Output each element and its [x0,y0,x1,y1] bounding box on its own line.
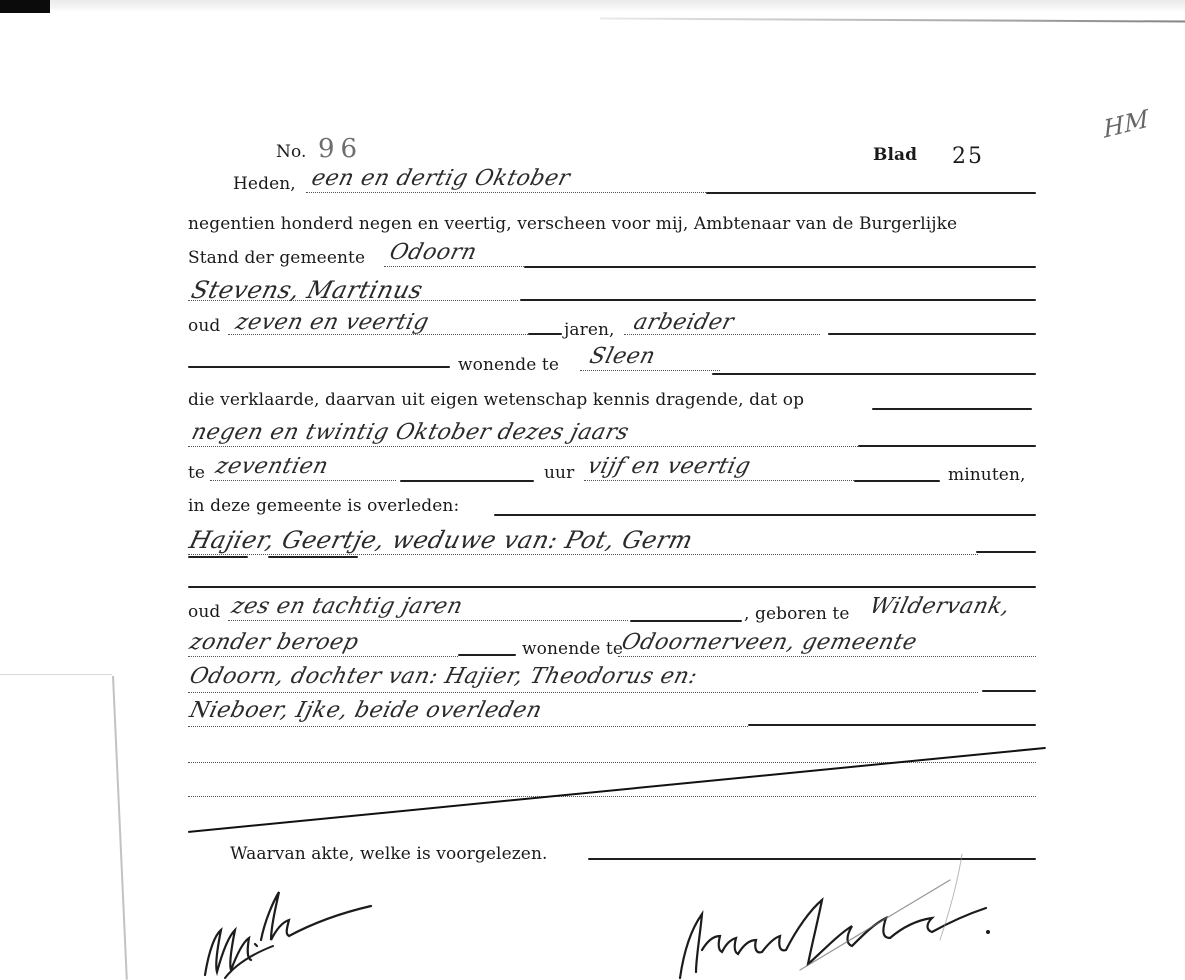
scan-top-line [600,17,1185,22]
death-hour: zeventien [213,456,330,478]
oud-label: oud [188,318,220,335]
uur-label: uur [544,465,574,482]
declarant-signature [195,880,385,980]
dotted-line [618,656,1036,657]
registrar-signature [650,840,1010,980]
dotted-line [188,796,1036,797]
geboren-te-label: , geboren te [744,606,850,623]
declarant-age: zeven en veertig [233,312,431,334]
residence-line-1: Odoornerveen, gemeente [619,632,919,654]
dotted-line [228,620,628,621]
deceased-age: zes en tachtig jaren [229,596,465,618]
underline [268,556,358,558]
dotted-line [384,266,524,267]
verklaarde-text: die verklaarde, daarvan uit eigen wetens… [188,392,804,409]
declarant-occupation: arbeider [631,312,736,334]
fill-rule [982,690,1036,692]
margin-initials: HM [1103,106,1150,142]
oud-label-2: oud [188,604,220,621]
underlying-sheet-edge-top [0,674,112,675]
declarant-name: Stevens, Martinus [189,278,425,302]
dotted-line [188,656,458,657]
dotted-line [306,192,706,193]
fill-rule [976,551,1036,553]
residence-line-2: Odoorn, dochter van: Hajier, Theodorus e… [187,666,699,688]
fill-rule [458,654,516,656]
death-date: negen en twintig Oktober dezes jaars [189,422,631,444]
birthplace: Wildervank, [867,596,1012,618]
dotted-line [188,554,978,555]
heden-label: Heden, [233,176,296,193]
fill-rule [828,333,1036,335]
dotted-line [188,446,858,447]
minuten-label: minuten, [948,467,1026,484]
fill-rule [528,333,562,335]
fill-rule [854,480,940,482]
fill-rule [400,480,534,482]
scan-top-edge [0,0,1185,12]
certificate-number: 96 [318,136,363,162]
fill-rule [524,266,1036,268]
wonende-te-label-2: wonende te [522,641,623,658]
fill-rule [872,408,1032,410]
dotted-line [188,726,748,727]
fill-rule [520,299,1036,301]
fill-rule [858,445,1036,447]
municipality: Odoorn [387,242,479,264]
dotted-line [580,370,720,371]
scan-corner-artifact [0,0,50,13]
dotted-line [584,480,854,481]
year-text: negentien honderd negen en veertig, vers… [188,216,957,233]
fill-rule [712,373,1036,375]
fill-rule [188,586,1036,588]
fill-rule [494,514,1036,516]
closing-text: Waarvan akte, welke is voorgelezen. [230,846,548,863]
fill-rule [630,620,742,622]
strike-through-line [188,747,1046,833]
fill-rule [748,724,1036,726]
number-label: No. [276,144,307,161]
jaren-label: jaren, [564,322,615,339]
date-day-month: een en dertig Oktober [309,168,572,190]
parents-line: Nieboer, Ijke, beide overleden [187,700,544,722]
deceased-name: Hajier, Geertje, weduwe van: Pot, Germ [187,528,695,552]
fill-rule [188,366,450,368]
dotted-line [188,692,978,693]
underline [188,556,248,558]
dotted-line [210,480,396,481]
stand-label: Stand der gemeente [188,250,365,267]
deceased-occupation: zonder beroep [187,632,361,654]
sheet-number: 25 [952,146,984,168]
wonende-te-label: wonende te [458,357,559,374]
overleden-text: in deze gemeente is overleden: [188,498,459,515]
sheet-label: Blad [873,147,917,164]
te-label: te [188,465,205,482]
fill-rule [706,192,1036,194]
underlying-sheet-edge [112,676,128,980]
declarant-residence: Sleen [587,346,657,368]
death-minutes: vijf en veertig [585,456,753,478]
